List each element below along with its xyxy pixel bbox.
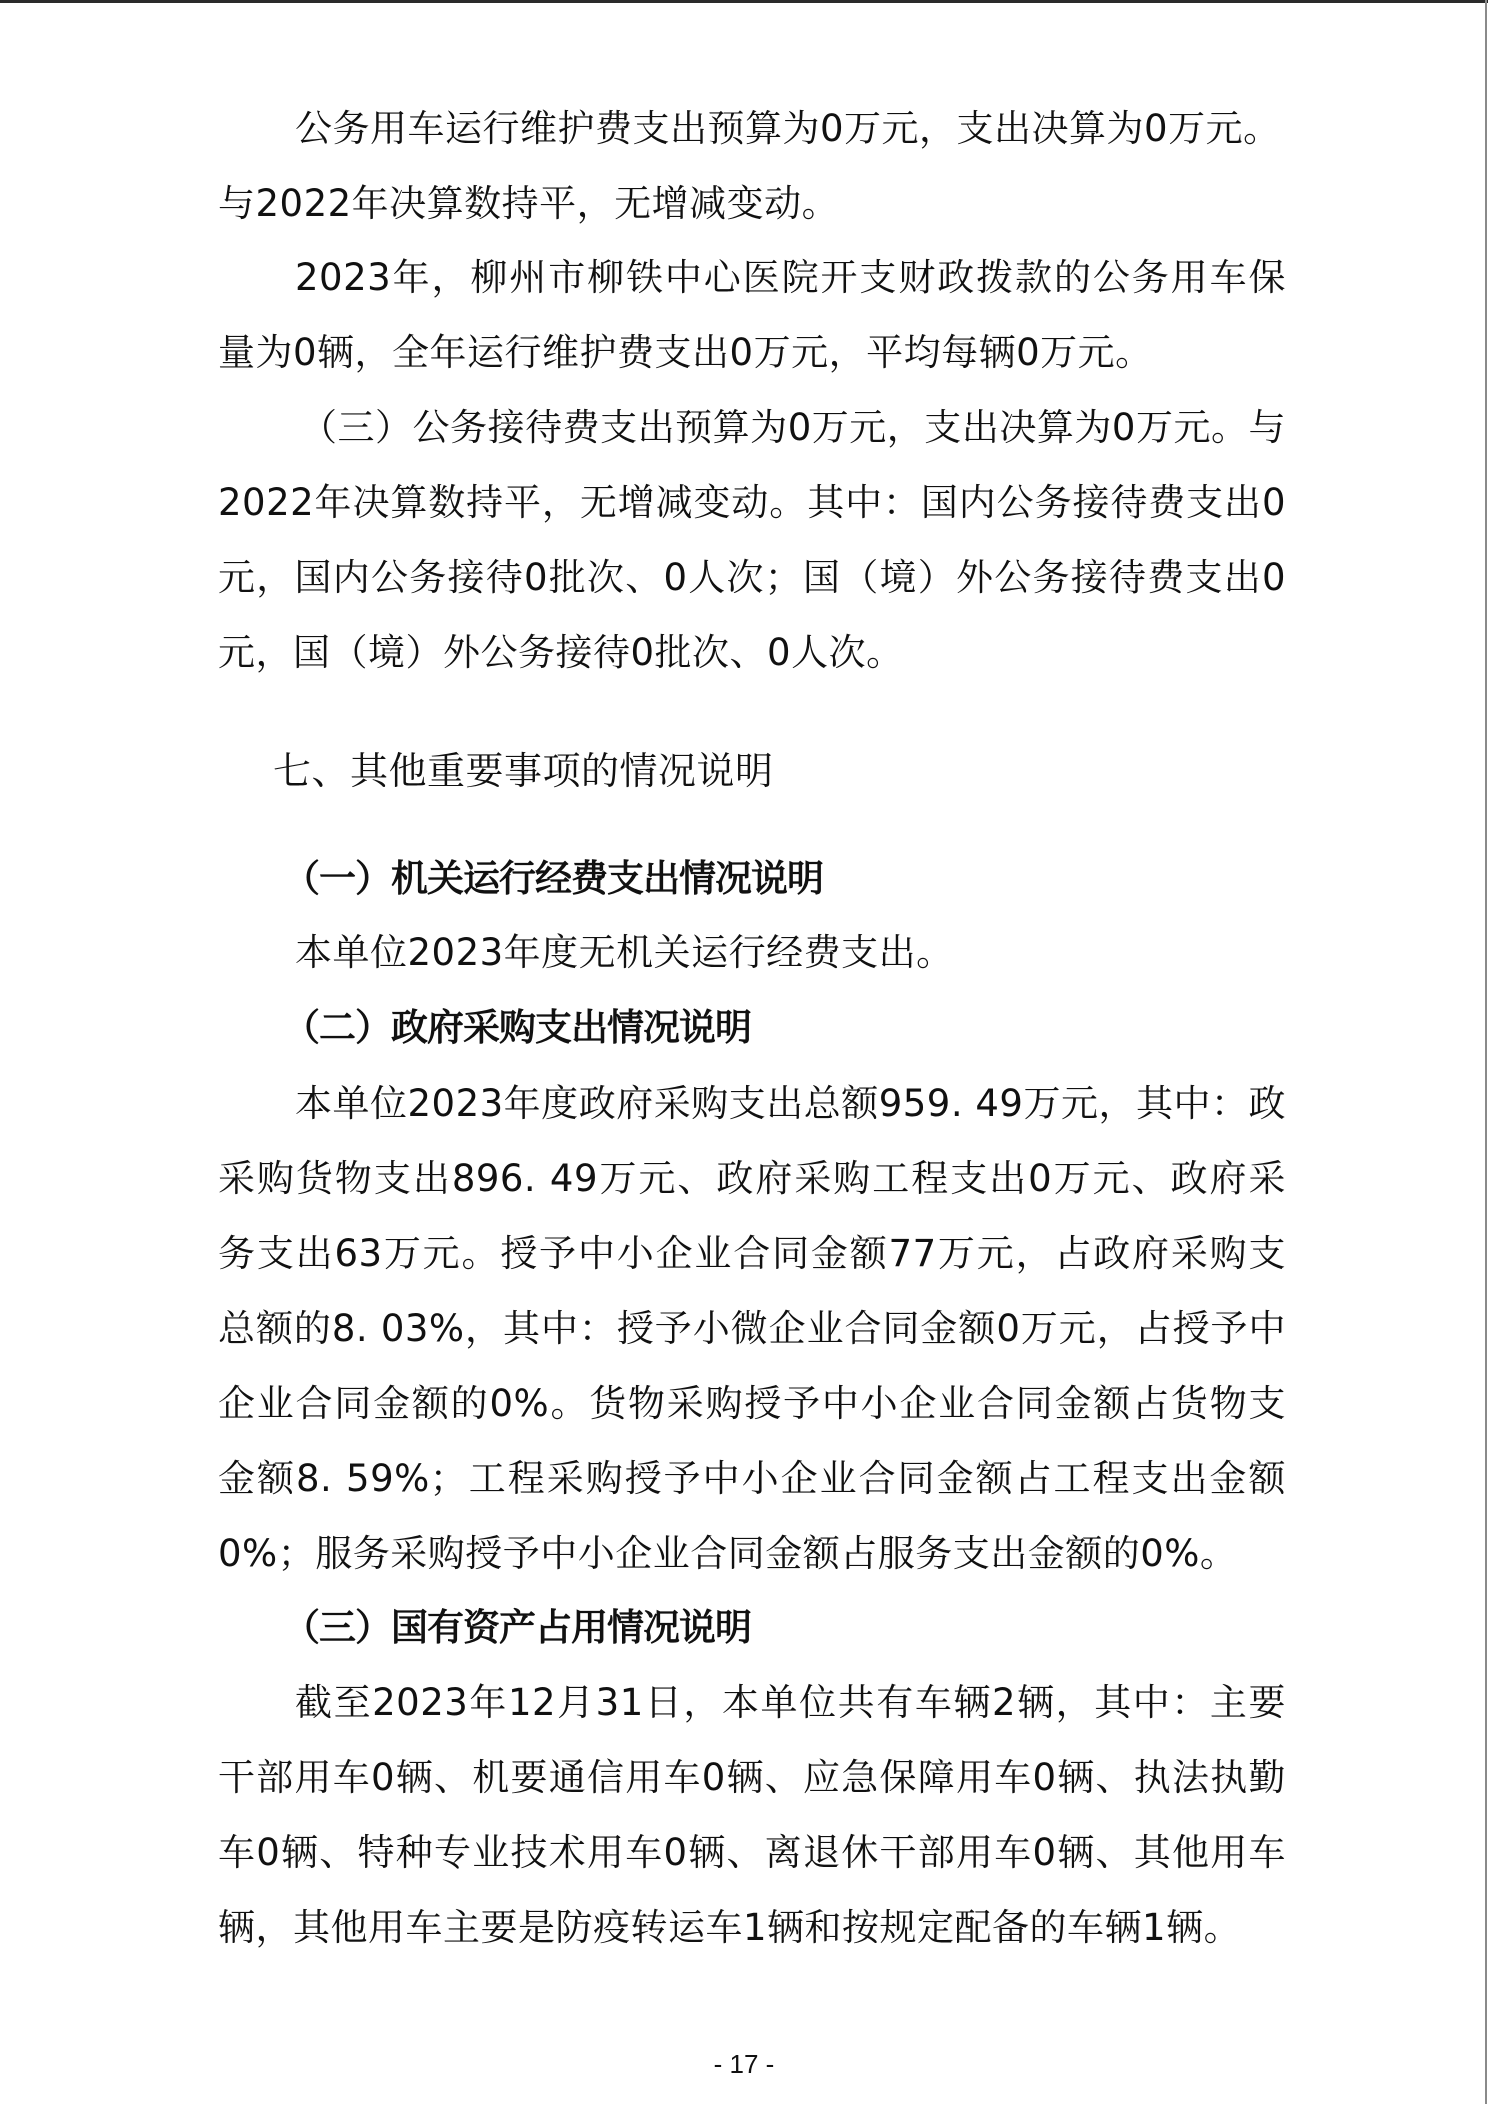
paragraph-line: 总额的8. 03%，其中：授予小微企业合同金额0万元，占授予中小 <box>218 1307 1286 1351</box>
paragraph-line: 辆，其他用车主要是防疫转运车1辆和按规定配备的车辆1辆。 <box>218 1906 1286 1950</box>
section-heading: 七、其他重要事项的情况说明 <box>273 749 1341 793</box>
subsection-heading: （三）国有资产占用情况说明 <box>283 1606 1351 1650</box>
paragraph-line: 与2022年决算数持平，无增减变动。 <box>218 182 1286 226</box>
subsection-heading: （一）机关运行经费支出情况说明 <box>283 857 1351 901</box>
subsection-heading: （二）政府采购支出情况说明 <box>283 1006 1351 1050</box>
paragraph-line: 本单位2023年度无机关运行经费支出。 <box>295 931 1286 975</box>
paragraph-line: 元，国（境）外公务接待0批次、0人次。 <box>218 631 1286 675</box>
paragraph-line: 干部用车0辆、机要通信用车0辆、应急保障用车0辆、执法执勤用 <box>218 1756 1286 1800</box>
paragraph-line: 务支出63万元。授予中小企业合同金额77万元，占政府采购支出 <box>218 1232 1286 1276</box>
paragraph-line: 2022年决算数持平，无增减变动。其中：国内公务接待费支出0万 <box>218 481 1286 525</box>
paragraph-line: 截至2023年12月31日，本单位共有车辆2辆，其中：主要领导 <box>295 1681 1286 1725</box>
page-number: - 17 - <box>0 2048 1488 2080</box>
paragraph-line: 车0辆、特种专业技术用车0辆、离退休干部用车0辆、其他用车2 <box>218 1831 1286 1875</box>
paragraph-line: 2023年，柳州市柳铁中心医院开支财政拨款的公务用车保有 <box>295 256 1286 300</box>
paragraph-line: 元，国内公务接待0批次、0人次；国（境）外公务接待费支出0万 <box>218 556 1286 600</box>
paragraph-line: 金额8. 59%；工程采购授予中小企业合同金额占工程支出金额的 <box>218 1457 1286 1501</box>
document-page: 公务用车运行维护费支出预算为0万元，支出决算为0万元。 与2022年决算数持平，… <box>0 0 1488 2104</box>
paragraph-line: 0%；服务采购授予中小企业合同金额占服务支出金额的0%。 <box>218 1532 1286 1576</box>
paragraph-line: 企业合同金额的0%。货物采购授予中小企业合同金额占货物支出 <box>218 1382 1286 1426</box>
paragraph-line: 公务用车运行维护费支出预算为0万元，支出决算为0万元。 <box>295 107 1286 151</box>
paragraph-line: 本单位2023年度政府采购支出总额959. 49万元，其中：政府 <box>295 1082 1286 1126</box>
paragraph-line: 采购货物支出896. 49万元、政府采购工程支出0万元、政府采购服 <box>218 1157 1286 1201</box>
paragraph-line: （三）公务接待费支出预算为0万元，支出决算为0万元。与 <box>300 406 1286 450</box>
paragraph-line: 量为0辆，全年运行维护费支出0万元，平均每辆0万元。 <box>218 331 1286 375</box>
